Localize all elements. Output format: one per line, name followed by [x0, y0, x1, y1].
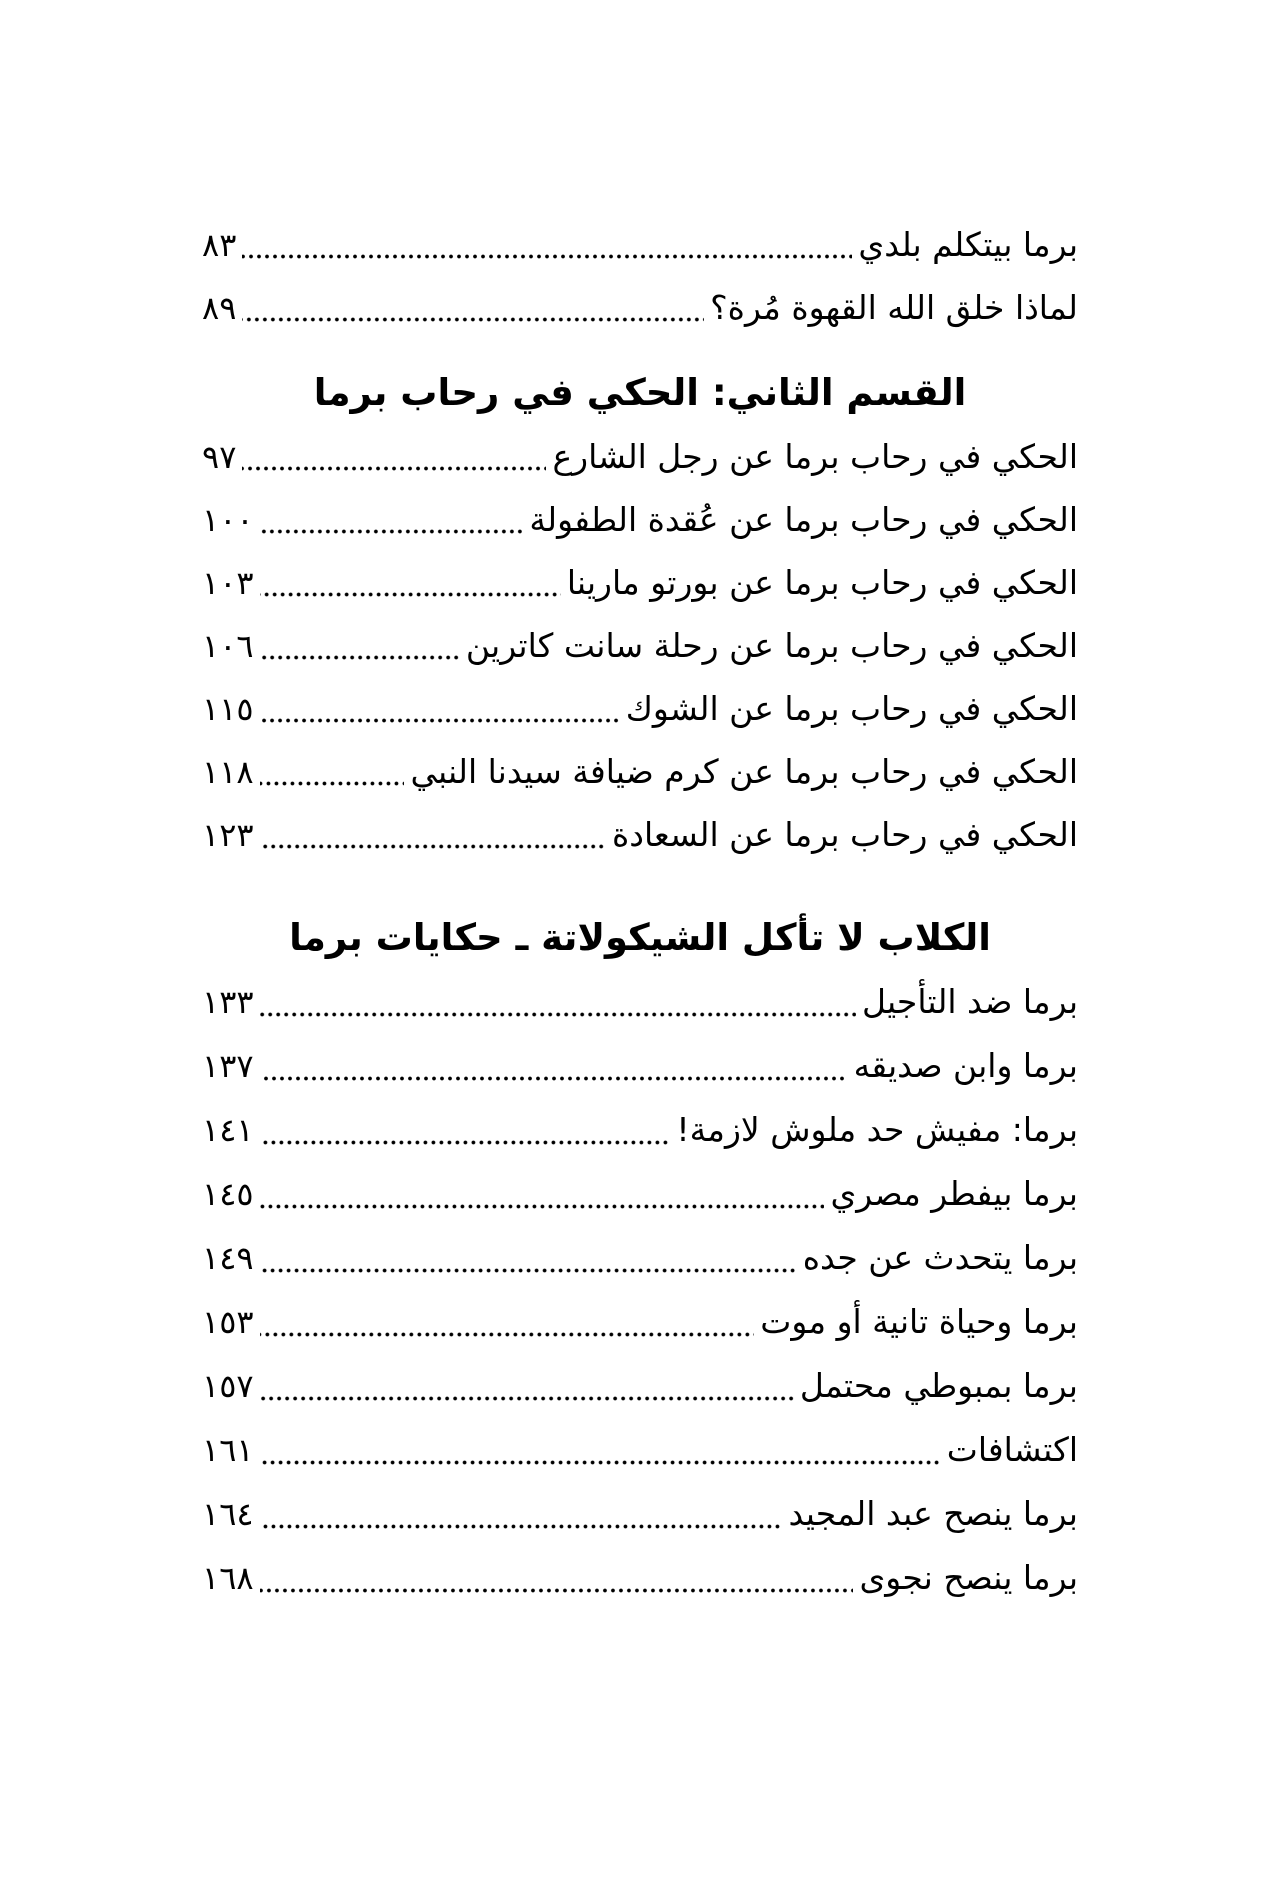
section-heading: الكلاب لا تأكل الشيكولاتة ـ حكايات برما [202, 906, 1078, 970]
toc-entry-title: الحكي في رحاب برما عن رحلة سانت كاترين [466, 614, 1078, 677]
toc-entry: لماذا خلق الله القهوة مُرة؟ ٨٩ [202, 276, 1078, 339]
toc-entry-title: الحكي في رحاب برما عن رجل الشارع [552, 425, 1078, 488]
dot-leader [260, 1139, 671, 1146]
toc-entry: برما بيتكلم بلدي ٨٣ [202, 213, 1078, 276]
toc-entry: برما ينصح عبد المجيد ١٦٤ [202, 1482, 1078, 1546]
toc-entry-page-number: ٨٩ [202, 277, 236, 340]
dot-leader [260, 1459, 941, 1466]
toc-entry-page-number: ١٦٨ [202, 1546, 254, 1610]
dot-leader [260, 1203, 825, 1210]
toc-section-2: القسم الثاني: الحكي في رحاب برما الحكي ف… [202, 361, 1078, 866]
toc-entry: الحكي في رحاب برما عن بورتو مارينا ١٠٣ [202, 551, 1078, 614]
toc-entry: الحكي في رحاب برما عن رجل الشارع ٩٧ [202, 425, 1078, 488]
dot-leader [242, 316, 704, 323]
toc-entry: برما وحياة تانية أو موت ١٥٣ [202, 1290, 1078, 1354]
toc-entry-page-number: ١٤٩ [202, 1226, 254, 1290]
toc-entry-page-number: ١٥٧ [202, 1354, 254, 1418]
toc-entry-page-number: ١٤٥ [202, 1162, 254, 1226]
toc-section-3: الكلاب لا تأكل الشيكولاتة ـ حكايات برما … [202, 906, 1078, 1610]
toc-entry-title: برما يتحدث عن جده [803, 1226, 1078, 1290]
toc-entry: برما ينصح نجوى ١٦٨ [202, 1546, 1078, 1610]
toc-entry: الحكي في رحاب برما عن السعادة ١٢٣ [202, 803, 1078, 866]
toc-entry-title: برما بمبوطي محتمل [800, 1354, 1078, 1418]
toc-entry-title: اكتشافات [947, 1418, 1078, 1482]
toc-entry: برما: مفيش حد ملوش لازمة! ١٤١ [202, 1098, 1078, 1162]
toc-entry: برما ضد التأجيل ١٣٣ [202, 970, 1078, 1034]
toc-entry-title: برما ضد التأجيل [862, 970, 1078, 1034]
dot-leader [260, 591, 561, 598]
dot-leader [260, 654, 460, 661]
toc-entry: برما يتحدث عن جده ١٤٩ [202, 1226, 1078, 1290]
toc-entry-title: الحكي في رحاب برما عن بورتو مارينا [567, 551, 1078, 614]
dot-leader [242, 253, 852, 260]
toc-entry-page-number: ١٥٣ [202, 1290, 254, 1354]
toc-content: برما بيتكلم بلدي ٨٣ لماذا خلق الله القهو… [202, 0, 1078, 1610]
section-heading: القسم الثاني: الحكي في رحاب برما [202, 361, 1078, 425]
toc-entry: برما وابن صديقه ١٣٧ [202, 1034, 1078, 1098]
toc-entry-title: برما ينصح عبد المجيد [788, 1482, 1078, 1546]
dot-leader [260, 717, 620, 724]
toc-entry-page-number: ١٠٣ [202, 552, 254, 615]
toc-entry-page-number: ١٤١ [202, 1098, 254, 1162]
dot-leader [260, 1395, 794, 1402]
dot-leader [260, 843, 606, 850]
book-toc-page: { "page": { "background_color": "#ffffff… [0, 0, 1280, 1894]
toc-entry: اكتشافات ١٦١ [202, 1418, 1078, 1482]
dot-leader [260, 1523, 783, 1530]
dot-leader [242, 465, 546, 472]
dot-leader [260, 1331, 755, 1338]
toc-entry-page-number: ١٣٣ [202, 970, 254, 1034]
toc-entry-page-number: ١٦١ [202, 1418, 254, 1482]
toc-entry-title: برما وحياة تانية أو موت [760, 1290, 1078, 1354]
toc-entry-title: برما بيفطر مصري [830, 1162, 1078, 1226]
toc-entry-title: لماذا خلق الله القهوة مُرة؟ [710, 276, 1078, 339]
toc-entry: الحكي في رحاب برما عن عُقدة الطفولة ١٠٠ [202, 488, 1078, 551]
toc-entry-page-number: ١٢٣ [202, 804, 254, 867]
dot-leader [260, 1011, 856, 1018]
toc-entry: الحكي في رحاب برما عن الشوك ١١٥ [202, 677, 1078, 740]
toc-entry-page-number: ١٦٤ [202, 1482, 254, 1546]
toc-entry-title: برما: مفيش حد ملوش لازمة! [676, 1098, 1078, 1162]
toc-entry-title: الحكي في رحاب برما عن السعادة [612, 803, 1078, 866]
toc-entry-title: برما ينصح نجوى [859, 1546, 1078, 1610]
toc-entry-page-number: ١٠٠ [202, 489, 254, 552]
toc-entry: برما بمبوطي محتمل ١٥٧ [202, 1354, 1078, 1418]
toc-entry: الحكي في رحاب برما عن كرم ضيافة سيدنا ال… [202, 740, 1078, 803]
toc-entry: برما بيفطر مصري ١٤٥ [202, 1162, 1078, 1226]
dot-leader [260, 1075, 848, 1082]
toc-entry-page-number: ٨٣ [202, 214, 236, 277]
dot-leader [260, 1267, 797, 1274]
toc-entry-page-number: ١١٨ [202, 741, 254, 804]
dot-leader [260, 528, 524, 535]
toc-entry-title: الحكي في رحاب برما عن عُقدة الطفولة [529, 488, 1078, 551]
toc-entry-page-number: ٩٧ [202, 426, 236, 489]
toc-entry-page-number: ١٠٦ [202, 615, 254, 678]
toc-entry: الحكي في رحاب برما عن رحلة سانت كاترين ١… [202, 614, 1078, 677]
dot-leader [260, 1587, 854, 1594]
toc-entry-title: الحكي في رحاب برما عن كرم ضيافة سيدنا ال… [410, 740, 1078, 803]
toc-entry-title: برما وابن صديقه [854, 1034, 1078, 1098]
toc-entry-page-number: ١٣٧ [202, 1034, 254, 1098]
dot-leader [260, 780, 405, 787]
toc-entry-title: الحكي في رحاب برما عن الشوك [626, 677, 1078, 740]
toc-entry-title: برما بيتكلم بلدي [858, 213, 1078, 276]
toc-section-1: برما بيتكلم بلدي ٨٣ لماذا خلق الله القهو… [202, 213, 1078, 339]
toc-entry-page-number: ١١٥ [202, 678, 254, 741]
